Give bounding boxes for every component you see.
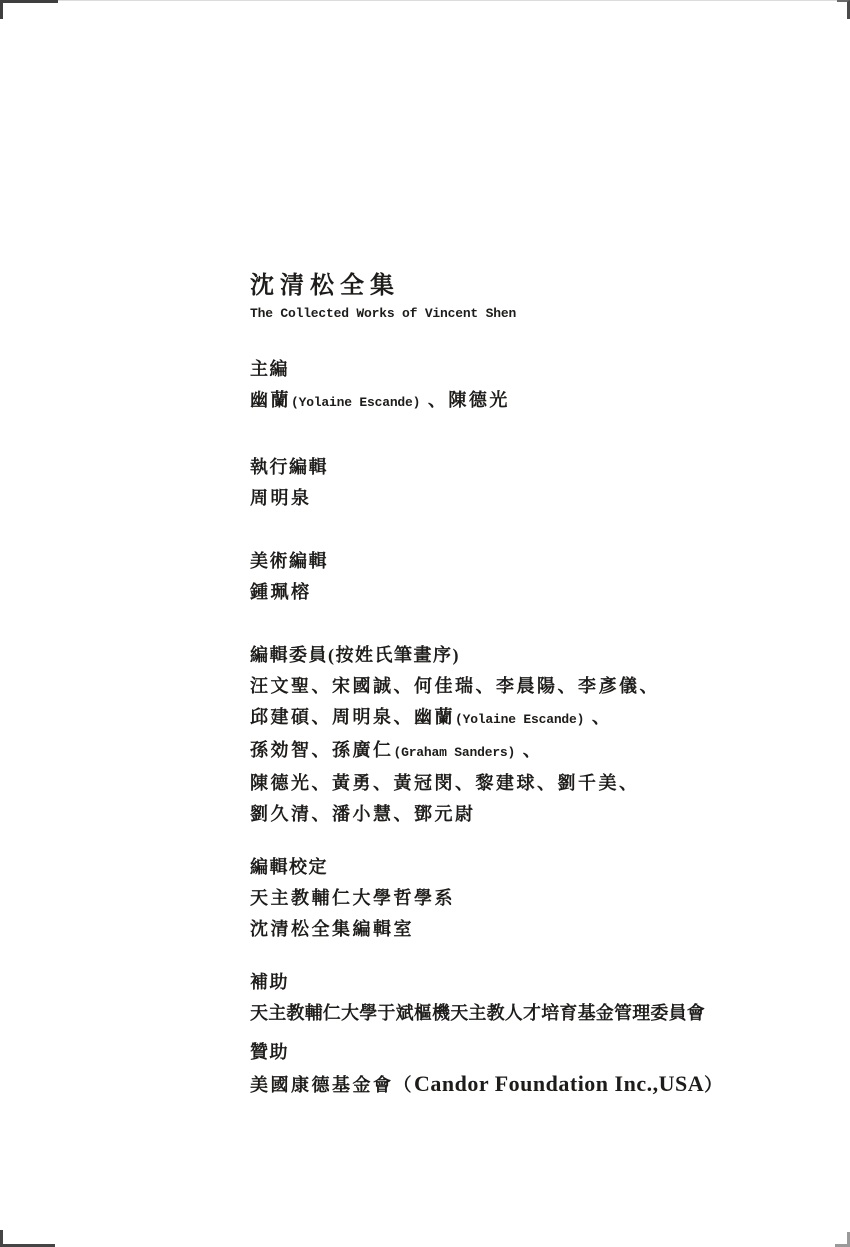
section-line: 汪文聖、宋國誠、何佳瑞、李晨陽、李彥儀、	[250, 671, 720, 702]
latin-text: (Yolaine Escande)	[291, 395, 428, 410]
section-heading: 美術編輯	[250, 546, 720, 577]
credit-section: 補助 天主教輔仁大學于斌樞機天主教人才培育基金管理委員會	[250, 967, 720, 1029]
colophon-page: 沈清松全集 The Collected Works of Vincent She…	[250, 272, 720, 1101]
section-line: 鍾珮榕	[250, 577, 720, 608]
latin-text: (	[328, 645, 336, 665]
section-line: 劉久清、潘小慧、鄧元尉	[250, 799, 720, 830]
corner-mark-bottom-right	[835, 1232, 850, 1247]
section-heading: 主編	[250, 354, 720, 385]
corner-mark-bottom-left	[0, 1230, 55, 1247]
section-line: 沈清松全集編輯室	[250, 914, 720, 945]
page-title: 沈清松全集	[250, 272, 720, 301]
credit-section: 主編 幽蘭(Yolaine Escande) 、陳德光	[250, 354, 720, 418]
section-heading: 贊助	[250, 1037, 720, 1068]
section-heading: 補助	[250, 967, 720, 998]
section-heading: 編輯校定	[250, 852, 720, 883]
section-line: 天主教輔仁大學于斌樞機天主教人才培育基金管理委員會	[250, 998, 720, 1029]
credit-section: 贊助 美國康德基金會（Candor Foundation Inc.,USA）	[250, 1037, 720, 1101]
corner-mark-top-right	[837, 0, 850, 19]
section-line: 邱建碩、周明泉、幽蘭(Yolaine Escande) 、	[250, 702, 720, 735]
section-line: 幽蘭(Yolaine Escande) 、陳德光	[250, 385, 720, 418]
latin-text: Candor Foundation Inc.,USA	[414, 1071, 704, 1096]
page-subtitle-english: The Collected Works of Vincent Shen	[250, 306, 720, 322]
credit-section: 美術編輯 鍾珮榕	[250, 546, 720, 608]
latin-text: )	[453, 645, 461, 665]
latin-text: (Yolaine Escande)	[455, 712, 592, 727]
section-line: 天主教輔仁大學哲學系	[250, 883, 720, 914]
section-line: 陳德光、黃勇、黃冠閔、黎建球、劉千美、	[250, 768, 720, 799]
credit-section: 編輯委員(按姓氏筆畫序) 汪文聖、宋國誠、何佳瑞、李晨陽、李彥儀、邱建碩、周明泉…	[250, 640, 720, 830]
corner-mark-top-left	[0, 0, 58, 19]
section-line: 美國康德基金會（Candor Foundation Inc.,USA）	[250, 1068, 720, 1101]
credit-section: 編輯校定 天主教輔仁大學哲學系沈清松全集編輯室	[250, 852, 720, 945]
latin-text: (Graham Sanders)	[394, 745, 523, 760]
section-line: 孫効智、孫廣仁(Graham Sanders) 、	[250, 735, 720, 768]
credit-sections: 主編 幽蘭(Yolaine Escande) 、陳德光 執行編輯 周明泉 美術編…	[250, 354, 720, 1101]
section-heading: 執行編輯	[250, 452, 720, 483]
section-heading: 編輯委員(按姓氏筆畫序)	[250, 640, 720, 671]
scan-edge-line	[0, 0, 850, 1]
section-line: 周明泉	[250, 483, 720, 514]
credit-section: 執行編輯 周明泉	[250, 452, 720, 514]
